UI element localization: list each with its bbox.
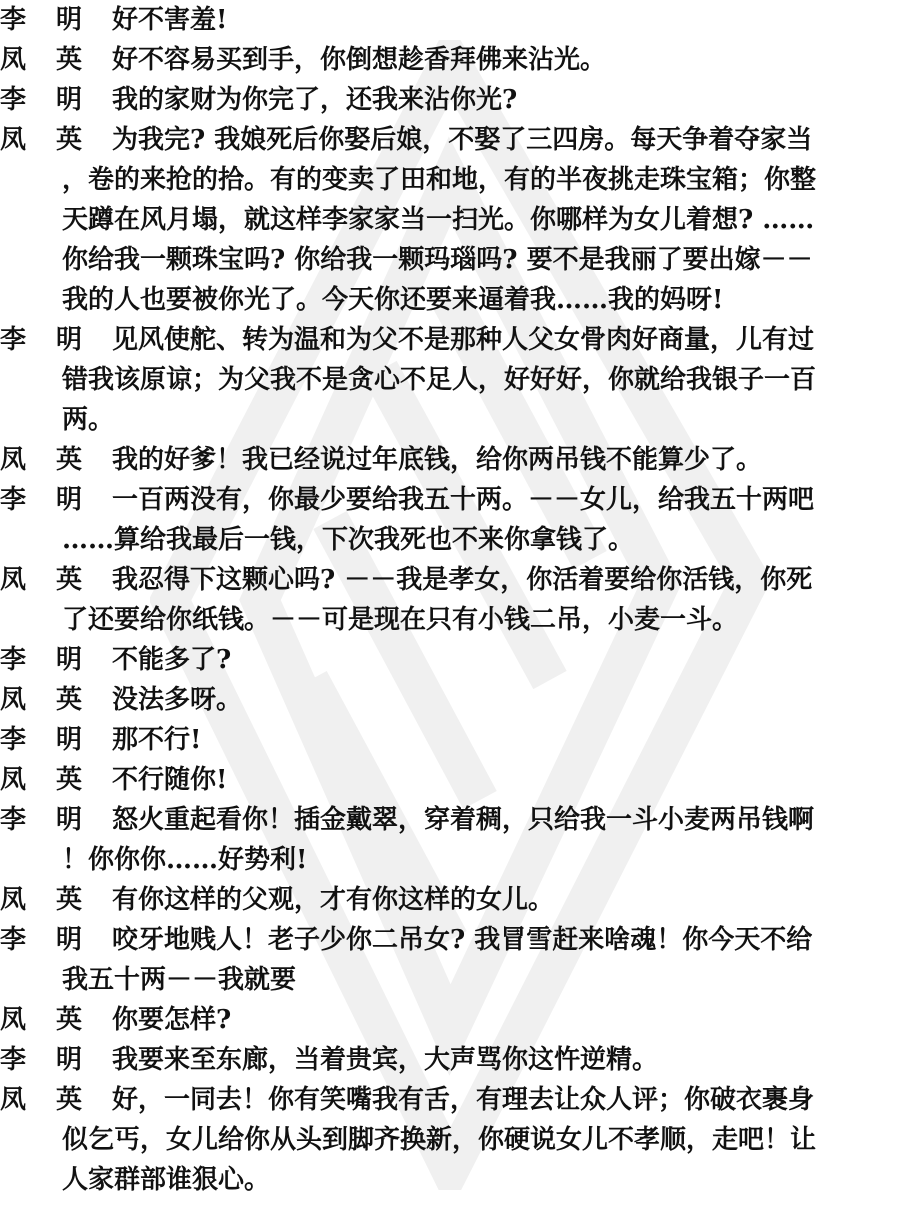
dialogue-text: 我的好爹！我已经说过年底钱，给你两吊钱不能算少了。 [112,440,900,480]
dialogue-line: 凤英我忍得下这颗心吗? －－我是孝女，你活着要给你活钱，你死了还要给你纸钱。－－… [0,560,900,640]
speaker-name: 凤英 [0,560,112,600]
speaker-char: 李 [0,920,56,960]
dialogue-text-first-line: 好，一同去！你有笑嘴我有舌，有理去让众人评；你破衣裹身 [112,1080,900,1120]
dialogue-text: 我的家财为你完了，还我来沾你光? [112,80,900,120]
speaker-char: 英 [56,120,112,160]
speaker-char: 明 [56,800,112,840]
dialogue-text-first-line: 怒火重起看你！插金戴翠，穿着稠，只给我一斗小麦两吊钱啊 [112,800,900,840]
dialogue-line: 凤英好，一同去！你有笑嘴我有舌，有理去让众人评；你破衣裹身似乞丐，女儿给你从头到… [0,1080,900,1200]
dialogue-text-continuation: 我的人也要被你光了。今天你还要来逼着我……我的妈呀! [62,280,900,320]
speaker-char: 明 [56,720,112,760]
dialogue-text: 怒火重起看你！插金戴翠，穿着稠，只给我一斗小麦两吊钱啊！你你你……好势利! [112,800,900,880]
dialogue-text: 不行随你! [112,760,900,800]
dialogue-text-first-line: 我的好爹！我已经说过年底钱，给你两吊钱不能算少了。 [112,440,900,480]
dialogue-line: 李明怒火重起看你！插金戴翠，穿着稠，只给我一斗小麦两吊钱啊！你你你……好势利! [0,800,900,880]
dialogue-line: 李明我要来至东廊，当着贵宾，大声骂你这忤逆精。 [0,1040,900,1080]
dialogue-text-continuation: ，卷的来抢的拾。有的变卖了田和地，有的半夜挑走珠宝箱；你整 [62,160,900,200]
speaker-name: 李明 [0,920,112,960]
speaker-name: 凤英 [0,880,112,920]
speaker-char: 明 [56,0,112,40]
dialogue-text: 你要怎样? [112,1000,900,1040]
speaker-char: 英 [56,1080,112,1120]
dialogue-text-first-line: 一百两没有，你最少要给我五十两。－－女儿，给我五十两吧 [112,480,900,520]
dialogue-text-continuation: 似乞丐，女儿给你从头到脚齐换新，你硬说女儿不孝顺，走吧！让 [62,1120,900,1160]
speaker-char: 英 [56,1000,112,1040]
speaker-char: 凤 [0,760,56,800]
speaker-char: 凤 [0,1080,56,1120]
speaker-char: 明 [56,80,112,120]
speaker-char: 英 [56,880,112,920]
speaker-char: 李 [0,720,56,760]
dialogue-line: 凤英我的好爹！我已经说过年底钱，给你两吊钱不能算少了。 [0,440,900,480]
speaker-char: 李 [0,800,56,840]
speaker-name: 凤英 [0,440,112,480]
speaker-char: 明 [56,1040,112,1080]
speaker-char: 明 [56,920,112,960]
dialogue-text-continuation: 你给我一颗珠宝吗? 你给我一颗玛瑙吗? 要不是我丽了要出嫁－－ [62,240,900,280]
dialogue-text-first-line: 不能多了? [112,640,900,680]
dialogue-line: 李明见风使舵、转为温和为父不是那种人父女骨肉好商量，儿有过错我该原谅；为父我不是… [0,320,900,440]
dialogue-text: 有你这样的父观，才有你这样的女儿。 [112,880,900,920]
dialogue-text: 好不容易买到手，你倒想趁香拜佛来沾光。 [112,40,900,80]
script-dialogue: 李明好不害羞!凤英好不容易买到手，你倒想趁香拜佛来沾光。李明我的家财为你完了，还… [0,0,900,1200]
speaker-char: 英 [56,680,112,720]
speaker-name: 李明 [0,80,112,120]
dialogue-text-continuation: ……算给我最后一钱，下次我死也不来你拿钱了。 [62,520,900,560]
speaker-char: 英 [56,40,112,80]
speaker-char: 凤 [0,1000,56,1040]
speaker-char: 凤 [0,680,56,720]
speaker-char: 李 [0,640,56,680]
dialogue-text-first-line: 没法多呀。 [112,680,900,720]
dialogue-line: 凤英你要怎样? [0,1000,900,1040]
dialogue-text-first-line: 你要怎样? [112,1000,900,1040]
speaker-name: 凤英 [0,1000,112,1040]
dialogue-text: 没法多呀。 [112,680,900,720]
dialogue-line: 凤英好不容易买到手，你倒想趁香拜佛来沾光。 [0,40,900,80]
dialogue-line: 李明好不害羞! [0,0,900,40]
speaker-name: 李明 [0,0,112,40]
speaker-char: 英 [56,560,112,600]
dialogue-line: 李明我的家财为你完了，还我来沾你光? [0,80,900,120]
dialogue-text: 见风使舵、转为温和为父不是那种人父女骨肉好商量，儿有过错我该原谅；为父我不是贪心… [112,320,900,440]
speaker-name: 李明 [0,640,112,680]
speaker-char: 凤 [0,40,56,80]
speaker-char: 英 [56,760,112,800]
dialogue-text-continuation: ！你你你……好势利! [62,840,900,880]
speaker-name: 李明 [0,800,112,840]
dialogue-line: 李明咬牙地贱人！老子少你二吊女? 我冒雪赶来啥魂！你今天不给我五十两－－我就要 [0,920,900,1000]
speaker-name: 凤英 [0,680,112,720]
dialogue-text-first-line: 见风使舵、转为温和为父不是那种人父女骨肉好商量，儿有过 [112,320,900,360]
dialogue-line: 李明一百两没有，你最少要给我五十两。－－女儿，给我五十两吧……算给我最后一钱，下… [0,480,900,560]
dialogue-text-first-line: 我的家财为你完了，还我来沾你光? [112,80,900,120]
dialogue-text-first-line: 我忍得下这颗心吗? －－我是孝女，你活着要给你活钱，你死 [112,560,900,600]
dialogue-text: 我忍得下这颗心吗? －－我是孝女，你活着要给你活钱，你死了还要给你纸钱。－－可是… [112,560,900,640]
dialogue-text-first-line: 咬牙地贱人！老子少你二吊女? 我冒雪赶来啥魂！你今天不给 [112,920,900,960]
speaker-name: 凤英 [0,1080,112,1120]
dialogue-text-first-line: 有你这样的父观，才有你这样的女儿。 [112,880,900,920]
dialogue-line: 李明那不行! [0,720,900,760]
dialogue-line: 凤英有你这样的父观，才有你这样的女儿。 [0,880,900,920]
dialogue-text-continuation: 人家群部谁狠心。 [62,1160,900,1200]
speaker-name: 李明 [0,1040,112,1080]
dialogue-text: 不能多了? [112,640,900,680]
dialogue-text-first-line: 不行随你! [112,760,900,800]
dialogue-text: 一百两没有，你最少要给我五十两。－－女儿，给我五十两吧……算给我最后一钱，下次我… [112,480,900,560]
dialogue-text-first-line: 好不害羞! [112,0,900,40]
speaker-name: 凤英 [0,120,112,160]
dialogue-text: 好，一同去！你有笑嘴我有舌，有理去让众人评；你破衣裹身似乞丐，女儿给你从头到脚齐… [112,1080,900,1200]
speaker-char: 凤 [0,880,56,920]
dialogue-line: 凤英没法多呀。 [0,680,900,720]
dialogue-line: 凤英为我完? 我娘死后你娶后娘，不娶了三四房。每天争着夺家当，卷的来抢的拾。有的… [0,120,900,320]
dialogue-text-continuation: 了还要给你纸钱。－－可是现在只有小钱二吊，小麦一斗。 [62,600,900,640]
dialogue-text-continuation: 错我该原谅；为父我不是贪心不足人，好好好，你就给我银子一百 [62,360,900,400]
dialogue-text: 好不害羞! [112,0,900,40]
speaker-char: 李 [0,480,56,520]
dialogue-text-first-line: 好不容易买到手，你倒想趁香拜佛来沾光。 [112,40,900,80]
speaker-name: 李明 [0,720,112,760]
speaker-char: 李 [0,320,56,360]
dialogue-text: 为我完? 我娘死后你娶后娘，不娶了三四房。每天争着夺家当，卷的来抢的拾。有的变卖… [112,120,900,320]
dialogue-line: 李明不能多了? [0,640,900,680]
dialogue-text-first-line: 为我完? 我娘死后你娶后娘，不娶了三四房。每天争着夺家当 [112,120,900,160]
speaker-name: 凤英 [0,760,112,800]
dialogue-text-continuation: 两。 [62,400,900,440]
speaker-name: 李明 [0,480,112,520]
speaker-char: 凤 [0,440,56,480]
speaker-char: 李 [0,0,56,40]
speaker-char: 凤 [0,560,56,600]
speaker-name: 李明 [0,320,112,360]
speaker-char: 明 [56,640,112,680]
speaker-char: 明 [56,480,112,520]
speaker-char: 明 [56,320,112,360]
dialogue-text-first-line: 那不行! [112,720,900,760]
speaker-char: 凤 [0,120,56,160]
dialogue-text: 我要来至东廊，当着贵宾，大声骂你这忤逆精。 [112,1040,900,1080]
dialogue-text: 咬牙地贱人！老子少你二吊女? 我冒雪赶来啥魂！你今天不给我五十两－－我就要 [112,920,900,1000]
speaker-char: 李 [0,1040,56,1080]
speaker-char: 李 [0,80,56,120]
speaker-char: 英 [56,440,112,480]
dialogue-text-continuation: 我五十两－－我就要 [62,960,900,1000]
speaker-name: 凤英 [0,40,112,80]
dialogue-line: 凤英不行随你! [0,760,900,800]
dialogue-text: 那不行! [112,720,900,760]
dialogue-text-continuation: 天蹲在风月塌，就这样李家家当一扫光。你哪样为女儿着想? …… [62,200,900,240]
dialogue-text-first-line: 我要来至东廊，当着贵宾，大声骂你这忤逆精。 [112,1040,900,1080]
